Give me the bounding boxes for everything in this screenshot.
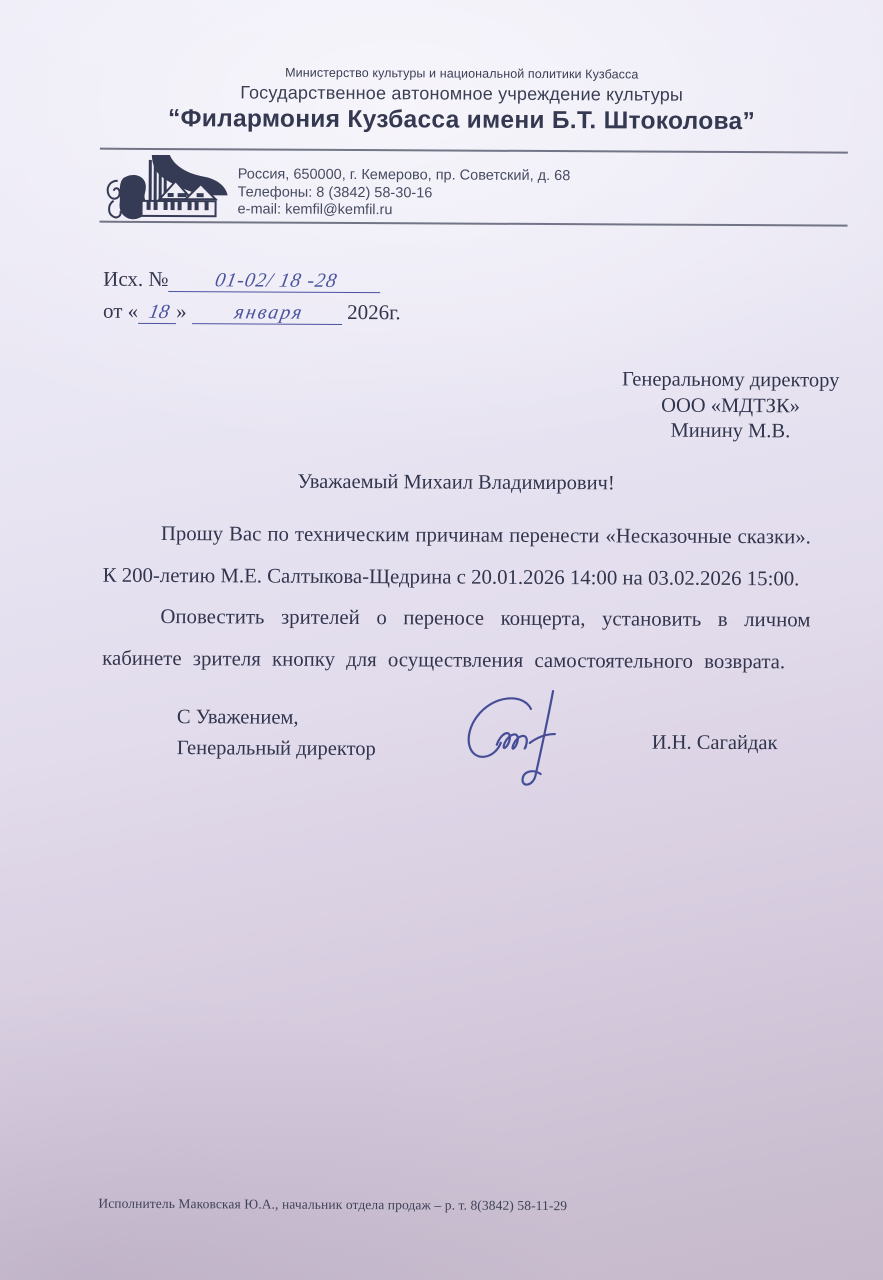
outgoing-number-line: Исх. №01-02/ 18 -28 (103, 267, 401, 301)
recipient-company: ООО «МДТЗК» (594, 393, 866, 420)
letterhead-header: Министерство культуры и национальной пол… (80, 65, 843, 137)
date-prefix: от « (103, 299, 138, 323)
date-line: от «18» января 2026г. (103, 299, 401, 333)
phone-line: Телефоны: 8 (3842) 58-30-16 (238, 184, 571, 203)
closing-respect: С Уважением, (177, 702, 376, 734)
closing-block: С Уважением, Генеральный директор (177, 702, 376, 764)
recipient-name: Минину М.В. (594, 418, 866, 445)
letter-content: Министерство культуры и национальной пол… (0, 0, 883, 1280)
body-paragraph-1: Прошу Вас по техническим причинам перене… (103, 513, 811, 601)
recipient-block: Генеральному директору ООО «МДТЗК» Минин… (594, 367, 866, 445)
contact-block: Россия, 650000, г. Кемерово, пр. Советск… (238, 166, 571, 220)
organization-name: “Филармония Кузбасса имени Б.Т. Штоколов… (80, 105, 843, 137)
executor-line: Исполнитель Маковская Ю.А., начальник от… (98, 1196, 567, 1214)
ministry-line: Министерство культуры и национальной пол… (80, 65, 843, 83)
recipient-title: Генеральному директору (595, 367, 867, 394)
closing-position: Генеральный директор (177, 733, 376, 765)
date-day-handwritten: 18 (138, 301, 180, 324)
letter-page: Министерство культуры и национальной пол… (0, 0, 883, 1280)
signature-ink (435, 686, 596, 792)
reference-block: Исх. №01-02/ 18 -28 от «18» января 2026г… (103, 267, 401, 333)
signer-name: И.Н. Сагайдак (652, 732, 778, 756)
outgoing-number-handwritten: 01-02/ 18 -28 (168, 269, 384, 293)
address-line: Россия, 650000, г. Кемерово, пр. Советск… (238, 166, 571, 185)
institution-line: Государственное автономное учреждение ку… (80, 82, 843, 107)
outgoing-label: Исх. № (103, 267, 168, 291)
body-paragraph-2: Оповестить зрителей о переносе концерта,… (102, 596, 810, 684)
philharmonic-logo-icon (103, 151, 233, 228)
date-month-handwritten: января (192, 301, 346, 325)
email-line: e-mail: kemfil@kemfil.ru (238, 201, 571, 220)
salutation: Уважаемый Михаил Владимирович! (103, 470, 809, 497)
date-year: 2026г. (347, 300, 401, 324)
